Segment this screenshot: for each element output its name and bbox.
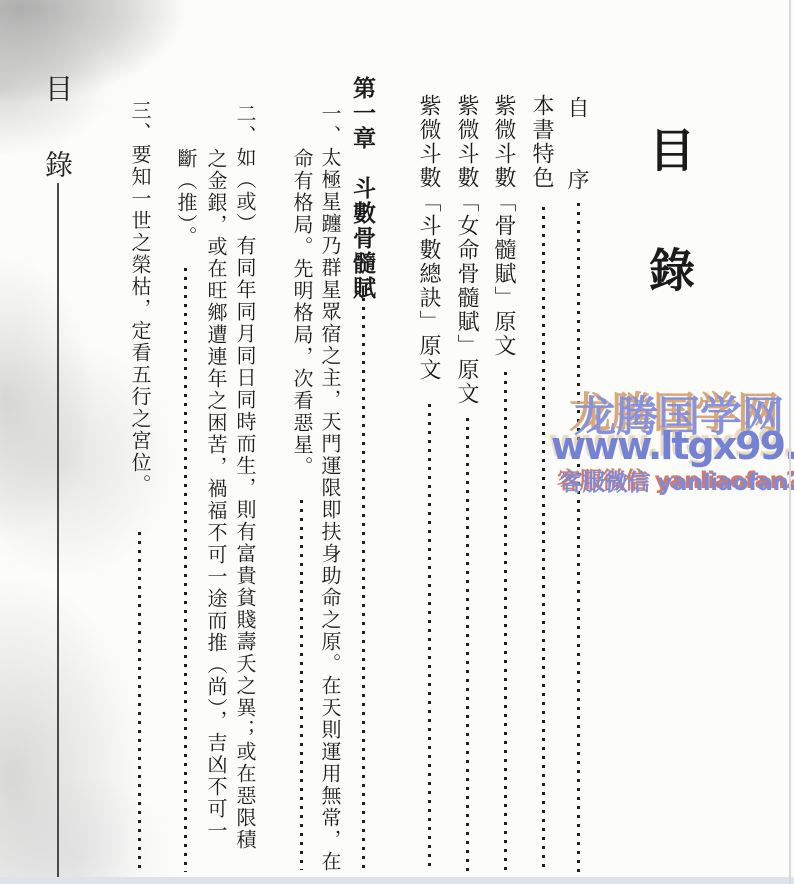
toc-item2-line2: 之金銀，或在旺鄉遭連年之困苦，禍福不可一途而推（尚），吉凶不可一	[205, 148, 225, 842]
margin-rule	[57, 183, 59, 877]
toc-entry-doushu-zongjue: 紫微斗數「斗數總訣」原文	[418, 94, 440, 382]
page-right-edge	[789, 0, 791, 884]
dotted-leader-item1	[300, 500, 303, 870]
toc-item1-line1: 一、太極星躔乃群星眾宿之主，天門運限即扶身助命之原。在天則運用無常，在	[319, 103, 339, 873]
dotted-leader-gusui-fu	[504, 372, 507, 872]
page-title: 目 錄	[645, 126, 691, 306]
watermark-site-url: www.ltgx99.com	[551, 424, 794, 468]
dotted-leader-book-features	[542, 207, 545, 872]
dotted-leader-item3	[138, 532, 141, 872]
toc-entry-gusui-fu: 紫微斗數「骨髓賦」原文	[493, 94, 515, 358]
dotted-leader-item2	[184, 268, 187, 872]
page-bottom-edge	[0, 877, 794, 884]
dotted-leader-nüming-gusui-fu	[466, 418, 469, 872]
dotted-leader-chapter-1	[362, 298, 365, 872]
dotted-leader-self-preface	[577, 203, 580, 872]
margin-running-head: 目 錄	[42, 74, 70, 188]
toc-entry-chapter-1: 第一章 斗數骨髓賦	[351, 76, 374, 301]
scanned-book-page: 目 錄 目 錄 自 序 本書特色 紫微斗數「骨髓賦」原文 紫微斗數「女命骨髓賦」…	[0, 0, 794, 884]
toc-item3-line1: 三、要知一世之榮枯，定看五行之宮位。	[129, 100, 149, 496]
toc-item2-line3: 斷（推）。	[175, 148, 195, 248]
toc-item2-line1: 二、如（或）有同年同月同日同時而生，則有富貴貧賤壽夭之異；或在惡限積	[234, 103, 254, 851]
watermark-contact: 客服微信 yanliaofan225	[560, 464, 794, 497]
toc-entry-self-preface: 自 序	[566, 96, 588, 192]
dotted-leader-doushu-zongjue	[428, 404, 431, 872]
toc-entry-book-features: 本書特色	[531, 94, 553, 190]
toc-item1-line2: 命有格局。先明格局，次看惡星。	[291, 148, 311, 478]
toc-entry-nüming-gusui-fu: 紫微斗數「女命骨髓賦」原文	[456, 94, 478, 406]
